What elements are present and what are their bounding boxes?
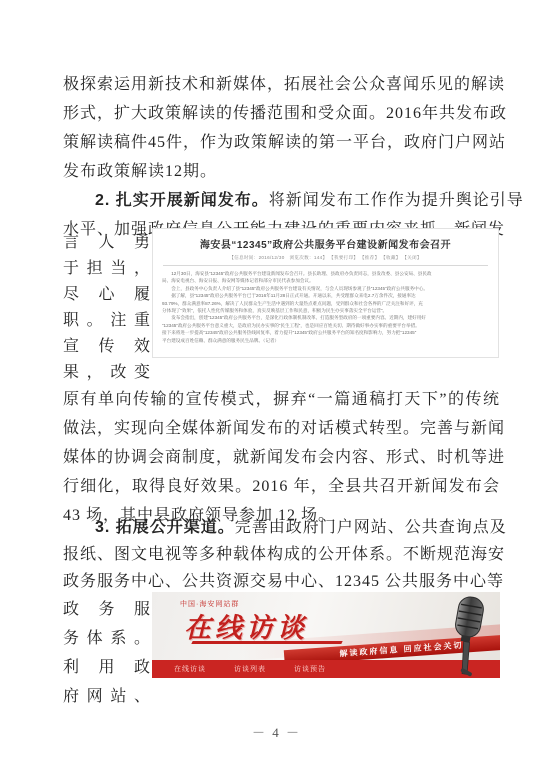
news-body-line: 会上，县政务中心负责人介绍了县“12345”政府公共服务平台建设有关情况，与会人… xyxy=(162,285,489,292)
news-title: 海安县“12345”政府公共服务平台建设新闻发布会召开 xyxy=(153,236,498,251)
body-line: 宣传效 xyxy=(63,334,151,360)
news-body-line: 接下来将进一步提高“12345”政府公共服务热线回复率，着力提升“12345”政… xyxy=(162,329,489,336)
body-line: 政务服 xyxy=(63,595,151,624)
banner-underline xyxy=(191,641,342,644)
body-line: 媒体的协调会商制度，就新闻发布会内容、形式、时机等进 xyxy=(63,443,500,472)
body-line: 果，改变 xyxy=(63,360,151,386)
body-line: 策解读稿件45件，作为政策解读的第一平台，政府门户网站 xyxy=(63,128,500,157)
body-line: 尽心履 xyxy=(63,282,151,308)
body-line: 发布政策解读12期。 xyxy=(63,157,500,186)
paragraph-3-wrap-column: 政务服 务体系。 利用政 府网站、 xyxy=(63,595,151,711)
paragraph-3-head: 3. 拓展公开渠道。完善由政府门户网站、公共查询点及 报纸、图文电视等多种载体构… xyxy=(63,514,500,595)
body-line: 做法，实现向全媒体新闻发布的对话模式转型。完善与新闻 xyxy=(63,414,500,443)
body-line: 职。注重 xyxy=(63,308,151,334)
body-line: 于担当， xyxy=(63,256,151,282)
news-body-line: 93.79%，群众满意率87.26%，解决了人民群众生产生活中遇到的大量热点难点… xyxy=(162,300,489,307)
body-line: 报纸、图文电视等多种载体构成的公开体系。不断规范海安 xyxy=(63,541,500,568)
news-divider xyxy=(163,265,488,266)
document-page: 极探索运用新技术和新媒体，拓展社会公众喜闻乐见的解读 形式，扩大政策解读的传播范… xyxy=(0,0,553,782)
body-line: 利用政 xyxy=(63,653,151,682)
news-body: 12月30日，海安县“12345”政府公共服务平台建设新闻发布会召开。县长助理、… xyxy=(162,270,489,344)
news-meta-bar: 【信息时间：2016/12/30 浏览次数：144】 【我要打印】 【推荐】 【… xyxy=(153,255,498,261)
news-body-line: 分体现了“效果”，依托人性化传媒服务和体验，真实反映基层工作和民意，积极为民生办… xyxy=(162,307,489,314)
news-body-line: “12345”政府公共服务平台意义重大，是政府为民办实事的“民生工程”，也是回应… xyxy=(162,322,489,329)
body-line: 原有单向传输的宣传模式，摒弃“一篇通稿打天下”的传统 xyxy=(63,385,500,414)
news-body-line: 12月30日，海安县“12345”政府公共服务平台建设新闻发布会召开。县长助理、… xyxy=(162,270,489,277)
body-line: 政务服务中心、公共资源交易中心、12345 公共服务中心等 xyxy=(63,568,500,595)
banner-nav-item: 访谈列表 xyxy=(234,664,266,674)
body-line-text: 完善由政府门户网站、公共查询点及 xyxy=(235,519,507,536)
paragraph-1: 极探索运用新技术和新媒体，拓展社会公众喜闻乐见的解读 形式，扩大政策解读的传播范… xyxy=(63,70,500,186)
paragraph-2-wrap-column: 言人勇 于担当， 尽心履 职。注重 宣传效 果，改变 xyxy=(63,230,151,386)
body-line-text: 将新闻发布工作作为提升舆论引导 xyxy=(269,192,524,209)
news-body-line: 发布会指出，创建“12345”政府公共服务平台，是深化行政体制机制改革、打造服务… xyxy=(162,314,489,321)
body-line: 行细化，取得良好效果。2016 年，全县共召开新闻发布会 xyxy=(63,472,500,501)
news-body-line: 据了解，县“12345”政府公共服务平台已于2016年11月28日正式开通。开通… xyxy=(162,292,489,299)
paragraph-2-heading: 2. 扎实开展新闻发布。 xyxy=(95,192,269,209)
banner-nav-item: 访谈预告 xyxy=(294,664,326,674)
body-line: 府网站、 xyxy=(63,682,151,711)
paragraph-2-tail: 原有单向传输的宣传模式，摒弃“一篇通稿打天下”的传统 做法，实现向全媒体新闻发布… xyxy=(63,385,500,530)
microphone-icon xyxy=(438,594,496,678)
news-body-line: 局、海安电视台、海安日报、海安网等媒体记者和部分市民代表参加会议。 xyxy=(162,277,489,284)
body-line: 务体系。 xyxy=(63,624,151,653)
news-body-line: 平台建设成百姓信赖、群众满意的服务民生品牌。（记者） xyxy=(162,337,489,344)
body-line: 言人勇 xyxy=(63,230,151,256)
banner-title: 在线访谈 xyxy=(184,606,308,645)
online-interview-banner: 中国·海安网站群 在线访谈 解读政府信息 回应社会关切 在线访谈 访谈列表 访谈… xyxy=(152,592,500,678)
page-number: － 4 － xyxy=(0,722,553,741)
body-line: 形式，扩大政策解读的传播范围和受众面。2016年共发布政 xyxy=(63,99,500,128)
body-line: 3. 拓展公开渠道。完善由政府门户网站、公共查询点及 xyxy=(63,514,500,541)
body-line: 极探索运用新技术和新媒体，拓展社会公众喜闻乐见的解读 xyxy=(63,70,500,99)
banner-nav-item: 在线访谈 xyxy=(174,664,206,674)
paragraph-3-heading: 3. 拓展公开渠道。 xyxy=(95,519,235,536)
news-release-screenshot: 海安县“12345”政府公共服务平台建设新闻发布会召开 【信息时间：2016/1… xyxy=(152,228,499,358)
body-line: 2. 扎实开展新闻发布。将新闻发布工作作为提升舆论引导 xyxy=(63,186,500,215)
